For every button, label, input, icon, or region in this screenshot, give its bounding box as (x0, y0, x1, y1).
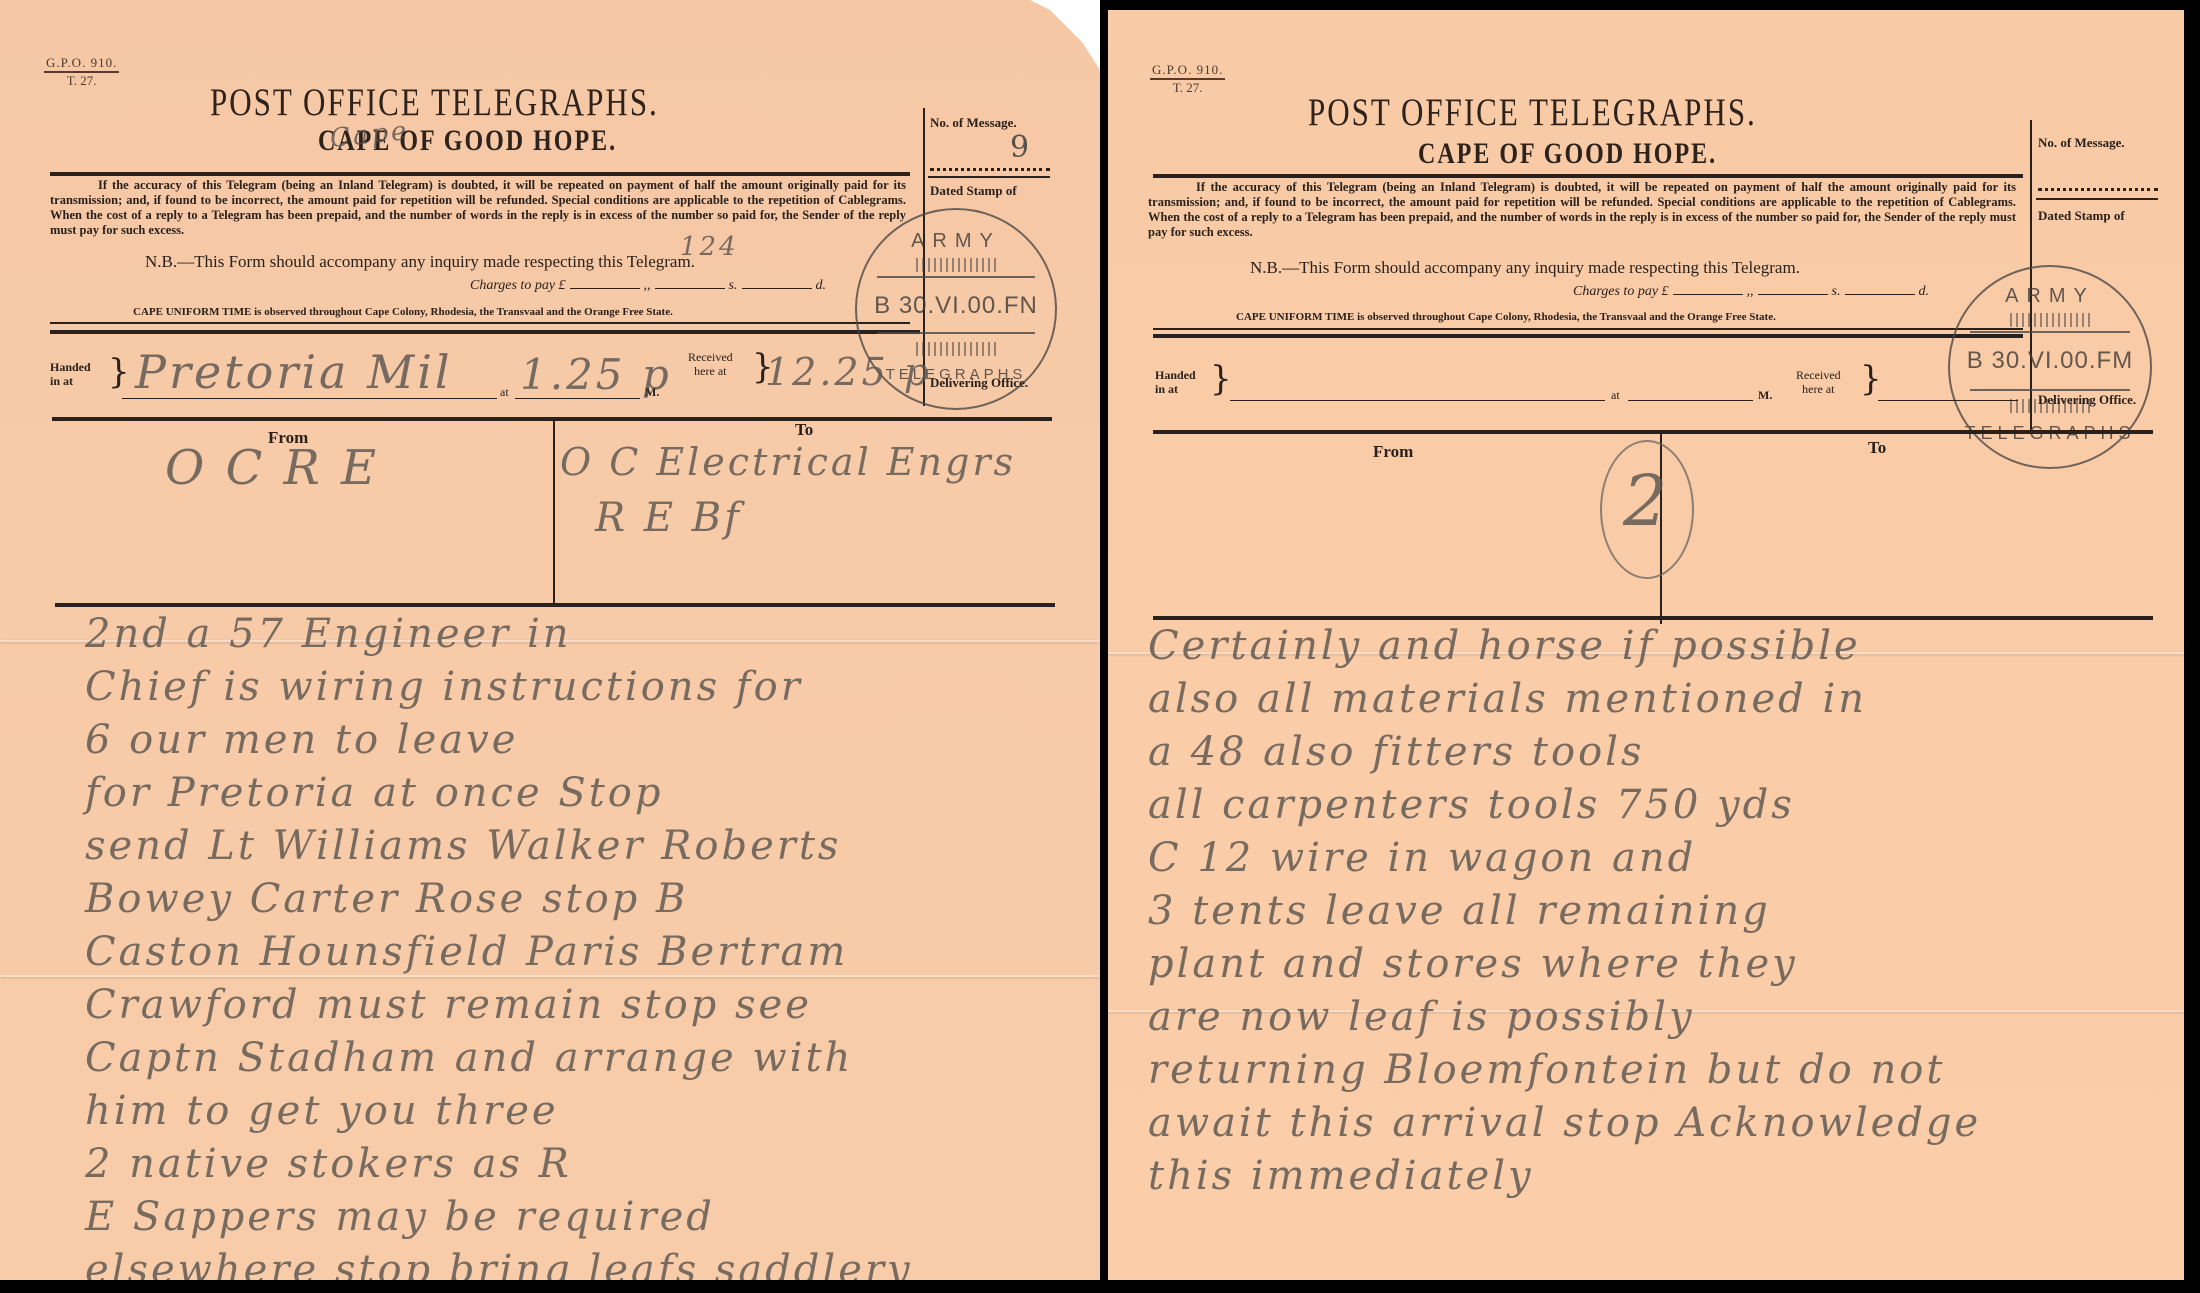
from-to-divider (553, 420, 555, 603)
charges-to-pay: Charges to pay £,,s.d. (470, 278, 826, 294)
uniform-time-rule (1153, 328, 2023, 330)
message-line: await this arrival stop Acknowledge (1148, 1097, 1981, 1150)
form-subtitle: CAPE OF GOOD HOPE. (1418, 138, 1717, 172)
message-line: E Sappers may be required (85, 1191, 913, 1244)
message-line: returning Bloemfontein but do not (1148, 1044, 1981, 1097)
to-label: To (1868, 438, 1886, 458)
received-line (1878, 400, 2018, 401)
body-top-rule (55, 603, 1055, 607)
at-label: at (500, 385, 509, 399)
message-line: a 48 also fitters tools (1148, 726, 1981, 779)
postmark-top-text: ARMY (1950, 285, 2150, 308)
to-label: To (795, 420, 813, 440)
postmark-date: B 30.VI.00.FN (857, 292, 1055, 320)
accuracy-notice: If the accuracy of this Telegram (being … (1148, 180, 2016, 240)
handed-in-top-rule (1153, 334, 2023, 338)
form-code-bottom: T. 27. (1150, 80, 1225, 96)
postmark-hatching (916, 258, 995, 272)
form-code-top: G.P.O. 910. (1150, 62, 1225, 80)
time-line (1628, 400, 1753, 401)
shillings-label: s. (729, 278, 738, 293)
telegram-form-right: G.P.O. 910. T. 27. POST OFFICE TELEGRAPH… (1108, 10, 2184, 1280)
charges-label: Charges to pay £ (1573, 284, 1669, 299)
handed-in-place: Pretoria Mil (135, 345, 453, 399)
form-code-bottom: T. 27. (44, 73, 119, 89)
message-line: elsewhere stop bring leafs saddlery (85, 1244, 913, 1280)
right-column-rule (928, 176, 1050, 178)
handed-in-top-rule (50, 330, 920, 334)
message-line: this immediately (1148, 1150, 1981, 1203)
message-line: Captn Stadham and arrange with (85, 1032, 913, 1085)
message-line: Bowey Carter Rose stop B (85, 873, 913, 926)
page-marker: 2 (1623, 460, 1671, 542)
message-line: send Lt Williams Walker Roberts (85, 820, 913, 873)
army-telegraphs-postmark: ARMY B 30.VI.00.FM TELEGRAPHS (1948, 265, 2152, 469)
form-title: POST OFFICE TELEGRAPHS. (1308, 90, 1757, 135)
message-line: him to get you three (85, 1085, 913, 1138)
at-label: at (1611, 388, 1620, 402)
handed-in-label: Handedin at (1155, 368, 1196, 396)
nb-notice: N.B.—This Form should accompany any inqu… (1250, 258, 1800, 278)
postmark-bar (1970, 331, 2130, 333)
message-body: 2nd a 57 Engineer in Chief is wiring ins… (85, 608, 913, 1280)
header-rule (50, 172, 910, 176)
m-label: M. (645, 385, 659, 399)
form-title: POST OFFICE TELEGRAPHS. (210, 80, 659, 125)
delivering-office-label: Delivering Office. (2038, 392, 2136, 408)
telegram-form-left: G.P.O. 910. T. 27. POST OFFICE TELEGRAPH… (0, 0, 1100, 1280)
handed-in-line (1230, 400, 1605, 401)
uniform-time-notice: CAPE UNIFORM TIME is observed throughout… (133, 306, 673, 318)
postmark-bar (877, 276, 1035, 278)
delivering-office-label: Delivering Office. (930, 375, 1028, 391)
message-line: for Pretoria at once Stop (85, 767, 913, 820)
message-line: 2 native stokers as R (85, 1138, 913, 1191)
nb-notice: N.B.—This Form should accompany any inqu… (145, 252, 695, 272)
postmark-letter: B (1967, 347, 1984, 374)
dotted-separator (2038, 188, 2158, 191)
message-line: plant and stores where they (1148, 938, 1981, 991)
to-value-line-2: R E Bf (595, 495, 742, 541)
uniform-time-rule (50, 322, 910, 324)
pence-label: d. (1919, 284, 1930, 299)
message-line: 3 tents leave all remaining (1148, 885, 1981, 938)
from-to-top-rule (52, 417, 1052, 421)
message-line: also all materials mentioned in (1148, 673, 1981, 726)
brace: } (108, 355, 130, 389)
message-line: C 12 wire in wagon and (1148, 832, 1981, 885)
accuracy-notice: If the accuracy of this Telegram (being … (50, 178, 906, 238)
brace: } (1210, 362, 1232, 396)
from-label: From (1373, 442, 1413, 462)
message-line: Certainly and horse if possible (1148, 620, 1981, 673)
charges-label: Charges to pay £ (470, 278, 566, 293)
message-line: 6 our men to leave (85, 714, 913, 767)
brace: } (1860, 362, 1882, 396)
charges-to-pay: Charges to pay £,,s.d. (1573, 284, 1929, 300)
pence-label: d. (816, 278, 827, 293)
message-body: Certainly and horse if possible also all… (1148, 620, 1981, 1203)
received-time: 12.25 p (765, 350, 931, 394)
message-line: all carpenters tools 750 yds (1148, 779, 1981, 832)
from-value: O C R E (165, 440, 379, 496)
postmark-top-text: ARMY (857, 230, 1055, 253)
to-value-line-1: O C Electrical Engrs (560, 440, 1016, 484)
message-line: Chief is wiring instructions for (85, 661, 913, 714)
dated-stamp-label: Dated Stamp of (930, 183, 1017, 199)
received-label: Receivedhere at (1796, 368, 1841, 396)
m-label: M. (1758, 388, 1772, 402)
message-line: are now leaf is possibly (1148, 991, 1981, 1044)
postmark-bar (1970, 389, 2130, 391)
form-code: G.P.O. 910. T. 27. (1150, 62, 1225, 96)
no-of-message-label: No. of Message. (930, 115, 1017, 131)
postmark-bar (877, 332, 1035, 334)
form-code-top: G.P.O. 910. (44, 55, 119, 73)
dated-stamp-label: Dated Stamp of (2038, 208, 2125, 224)
received-label: Receivedhere at (688, 350, 733, 378)
postmark-date-text: 30.VI.00.FM (1991, 347, 2133, 374)
right-column-rule (2036, 198, 2158, 200)
message-number: 9 (1010, 130, 1029, 165)
from-to-top-rule (1153, 430, 2153, 434)
dotted-separator (930, 168, 1050, 171)
form-code: G.P.O. 910. T. 27. (44, 55, 119, 89)
no-of-message-label: No. of Message. (2038, 135, 2125, 151)
message-line: Crawford must remain stop see (85, 979, 913, 1032)
handed-in-label: Handedin at (50, 360, 91, 388)
message-line: Caston Hounsfield Paris Bertram (85, 926, 913, 979)
postmark-letter: B (874, 292, 891, 319)
postmark-date-text: 30.VI.00.FN (899, 292, 1038, 319)
message-line: 2nd a 57 Engineer in (85, 608, 913, 661)
shillings-label: s. (1832, 284, 1841, 299)
uniform-time-notice: CAPE UNIFORM TIME is observed throughout… (1236, 311, 1776, 323)
header-rule (1153, 174, 2023, 178)
postmark-hatching (2010, 313, 2090, 327)
postmark-date: B 30.VI.00.FM (1950, 347, 2150, 375)
